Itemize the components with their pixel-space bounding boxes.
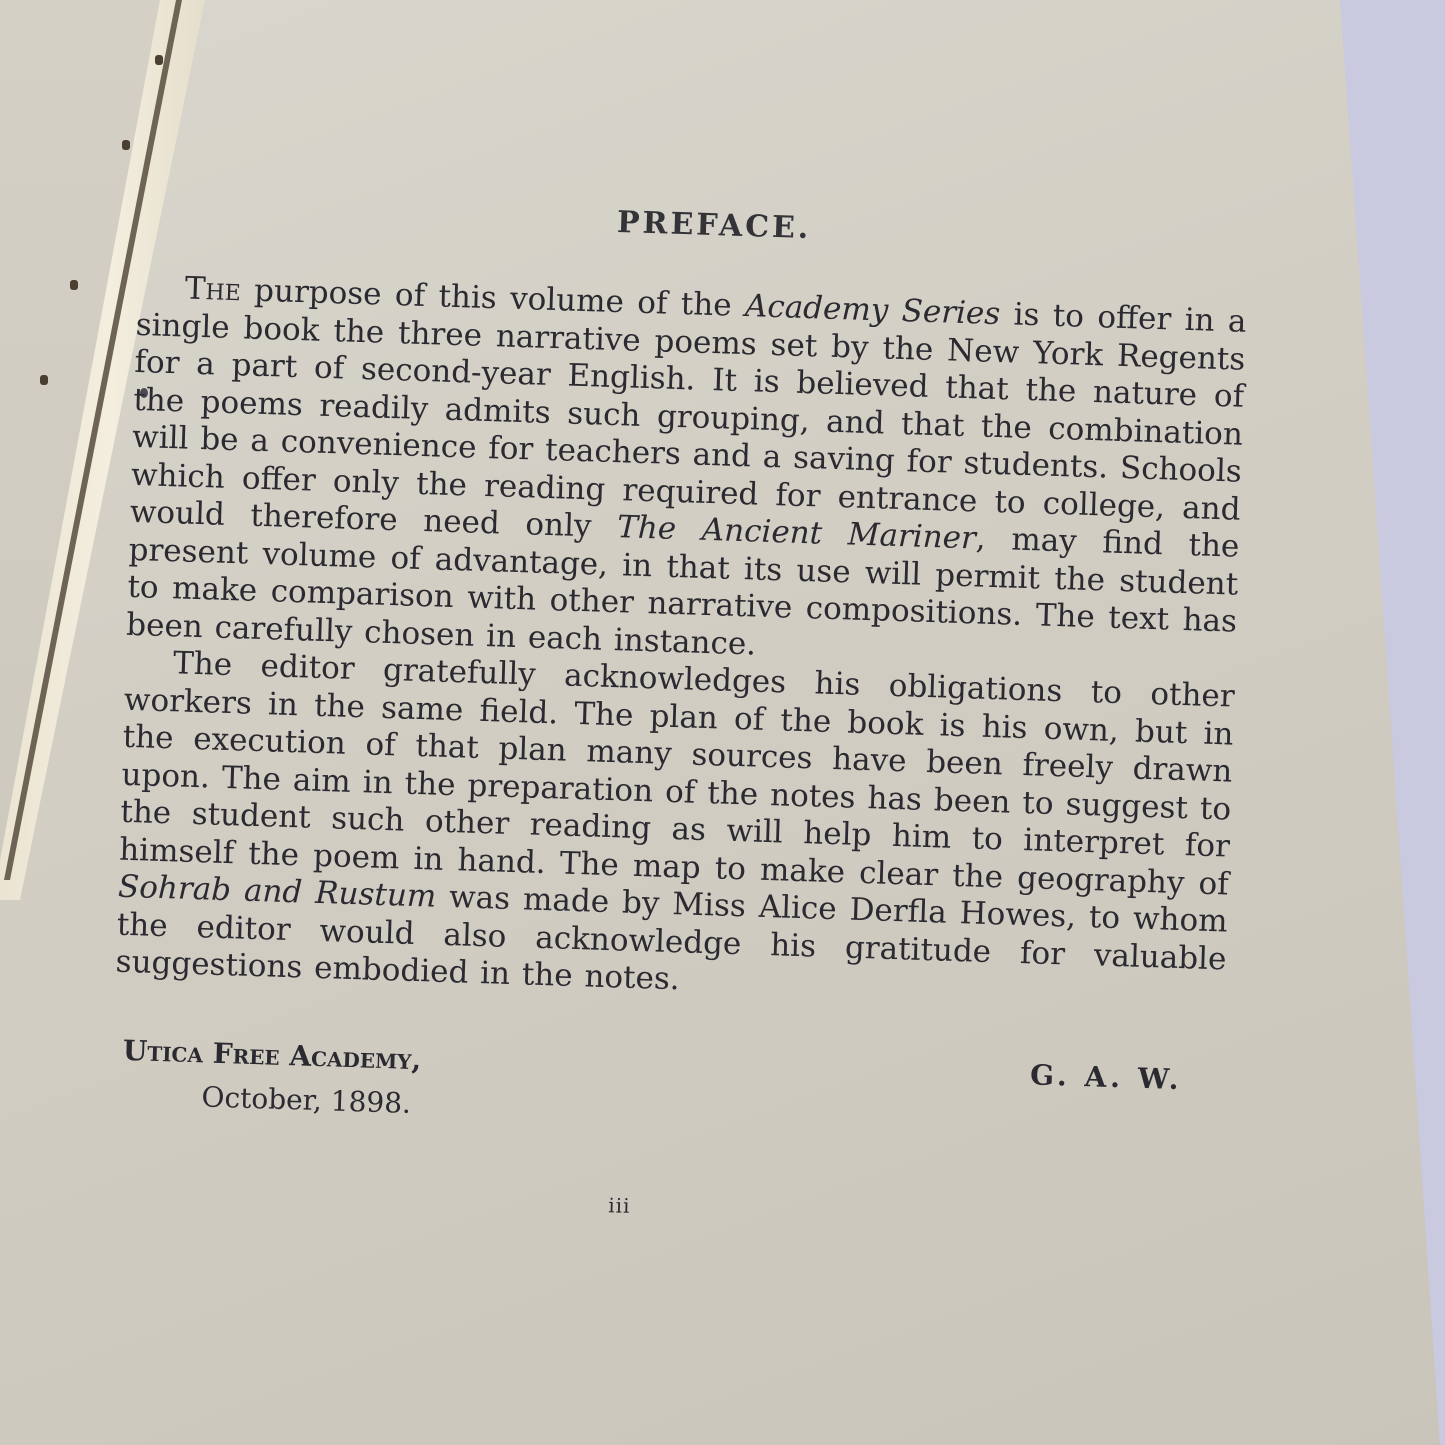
text-segment: is to offer in a single book the three n… [129,296,1247,545]
binding-stitch-icon [122,140,130,150]
place-line: Utica Free Academy, [122,1033,421,1075]
paragraph-2: The editor gratefully acknowledges his o… [115,644,1235,1016]
date-line: October, 1898. [201,1080,411,1120]
preface-text-block: PREFACE. The purpose of this volume of t… [110,190,1249,1174]
binding-stitch-icon [40,375,48,385]
italic-title-academy-series: Academy Series [744,288,1000,332]
paragraph-1: The purpose of this volume of the Academ… [126,269,1247,679]
binding-stitch-icon [155,55,163,65]
page-number: iii [608,1193,631,1218]
text-segment: The editor gratefully acknowledges his o… [119,645,1235,902]
binding-stitch-icon [70,280,78,290]
author-initials: G. A. W. [1030,1058,1183,1096]
lead-small-caps: The [184,270,241,308]
